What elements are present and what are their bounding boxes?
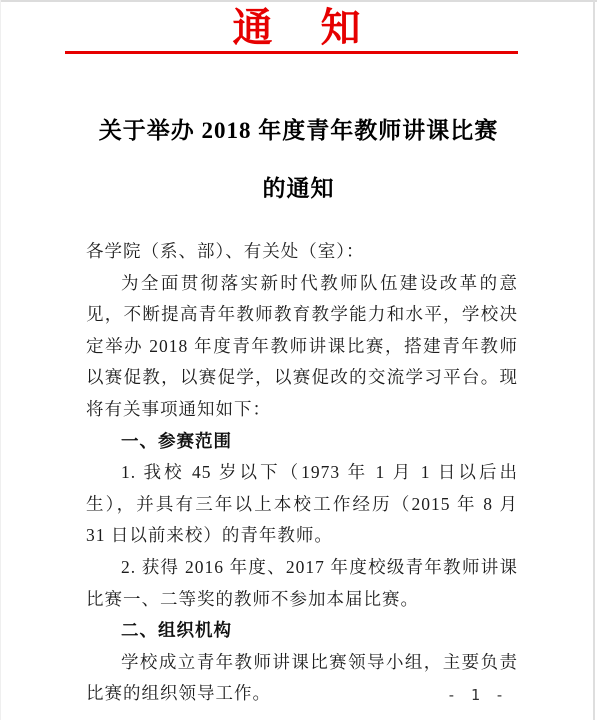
scan-edge-left <box>0 0 1 720</box>
scan-edge-top <box>0 0 597 2</box>
salutation-line: 各学院（系、部）、有关处（室）： <box>86 236 518 268</box>
document-title-line2: 的通知 <box>0 176 597 201</box>
section-1-heading: 一、参赛范围 <box>86 426 518 458</box>
notice-page: 通 知 关于举办 2018 年度青年教师讲课比赛 的通知 各学院（系、部）、有关… <box>0 0 597 720</box>
section-2-heading: 二、组织机构 <box>86 615 518 647</box>
page-number: - 1 - <box>447 686 507 704</box>
red-divider-line <box>65 51 518 54</box>
section-1-item-2: 2. 获得 2016 年度、2017 年度校级青年教师讲课比赛一、二等奖的教师不… <box>86 552 518 615</box>
notice-stamp-title: 通 知 <box>0 8 597 48</box>
section-1-item-1: 1. 我校 45 岁以下（1973 年 1 月 1 日以后出生），并具有三年以上… <box>86 457 518 552</box>
document-body: 各学院（系、部）、有关处（室）： 为全面贯彻落实新时代教师队伍建设改革的意见，不… <box>86 236 518 710</box>
intro-paragraph: 为全面贯彻落实新时代教师队伍建设改革的意见，不断提高青年教师教育教学能力和水平，… <box>86 268 518 426</box>
document-title-line1: 关于举办 2018 年度青年教师讲课比赛 <box>0 118 597 143</box>
scan-edge-right <box>593 0 595 720</box>
